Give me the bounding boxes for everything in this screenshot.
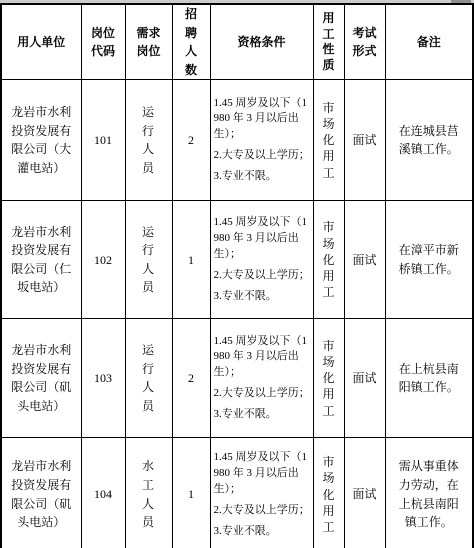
position-cell: 运行人员	[125, 80, 172, 201]
col-header-qualifications: 资格条件	[210, 4, 313, 80]
qualifications-cell: 1.45 周岁及以下（1980 年 3 月以后出生）； 2.大专及以上学历； 3…	[210, 438, 313, 548]
col-header-position-code: 岗位代码	[81, 4, 125, 80]
qualification-item: 3.专业不限。	[214, 289, 312, 305]
position-cell: 运行人员	[125, 319, 172, 438]
headcount-cell: 2	[172, 80, 210, 201]
employer-cell: 龙岩市水利投资发展有限公司（大灌电站）	[1, 80, 81, 201]
position-code-cell: 101	[81, 80, 125, 201]
qualification-item: 3.专业不限。	[214, 524, 312, 540]
exam-format-cell: 面试	[344, 319, 385, 438]
qualification-item: 1.45 周岁及以下（1980 年 3 月以后出生）；	[214, 450, 312, 498]
table-row: 龙岩市水利投资发展有限公司（矶头电站） 104 水工人员 1 1.45 周岁及以…	[1, 438, 473, 548]
exam-format-cell: 面试	[344, 438, 385, 548]
position-code-cell: 104	[81, 438, 125, 548]
qualifications-cell: 1.45 周岁及以下（1980 年 3 月以后出生）； 2.大专及以上学历； 3…	[210, 319, 313, 438]
remarks-cell: 需从事重体力劳动，在上杭县南阳镇工作。	[385, 438, 473, 548]
table-row: 龙岩市水利投资发展有限公司（仁坂电站） 102 运行人员 1 1.45 周岁及以…	[1, 201, 473, 319]
recruitment-table: 用人单位 岗位代码 需求岗位 招聘人数 资格条件 用工性质 考试形式 备注 龙岩…	[0, 3, 474, 548]
headcount-cell: 2	[172, 319, 210, 438]
qualification-item: 2.大专及以上学历；	[214, 268, 312, 284]
scrollbar-thumb-fragment[interactable]	[451, 0, 471, 3]
col-header-employer: 用人单位	[1, 4, 81, 80]
headcount-cell: 1	[172, 201, 210, 319]
table-header-row: 用人单位 岗位代码 需求岗位 招聘人数 资格条件 用工性质 考试形式 备注	[1, 4, 473, 80]
table-row: 龙岩市水利投资发展有限公司（大灌电站） 101 运行人员 2 1.45 周岁及以…	[1, 80, 473, 201]
remarks-cell: 在漳平市新桥镇工作。	[385, 201, 473, 319]
employment-type-cell: 市场化用工	[313, 80, 344, 201]
table-row: 龙岩市水利投资发展有限公司（矶头电站） 103 运行人员 2 1.45 周岁及以…	[1, 319, 473, 438]
qualifications-cell: 1.45 周岁及以下（1980 年 3 月以后出生）； 2.大专及以上学历； 3…	[210, 201, 313, 319]
employment-type-cell: 市场化用工	[313, 438, 344, 548]
qualification-item: 3.专业不限。	[214, 407, 312, 423]
col-header-remarks: 备注	[385, 4, 473, 80]
position-cell: 水工人员	[125, 438, 172, 548]
headcount-cell: 1	[172, 438, 210, 548]
remarks-cell: 在上杭县南阳镇工作。	[385, 319, 473, 438]
qualification-item: 3.专业不限。	[214, 169, 312, 185]
qualification-item: 1.45 周岁及以下（1980 年 3 月以后出生）；	[214, 215, 312, 263]
position-cell: 运行人员	[125, 201, 172, 319]
employment-type-cell: 市场化用工	[313, 319, 344, 438]
employer-cell: 龙岩市水利投资发展有限公司（矶头电站）	[1, 319, 81, 438]
qualification-item: 2.大专及以上学历；	[214, 148, 312, 164]
qualification-item: 1.45 周岁及以下（1980 年 3 月以后出生）；	[214, 96, 312, 144]
qualifications-cell: 1.45 周岁及以下（1980 年 3 月以后出生）； 2.大专及以上学历； 3…	[210, 80, 313, 201]
position-code-cell: 102	[81, 201, 125, 319]
col-header-position: 需求岗位	[125, 4, 172, 80]
employer-cell: 龙岩市水利投资发展有限公司（仁坂电站）	[1, 201, 81, 319]
qualification-item: 2.大专及以上学历；	[214, 386, 312, 402]
employer-cell: 龙岩市水利投资发展有限公司（矶头电站）	[1, 438, 81, 548]
top-edge-strip	[0, 0, 474, 3]
position-code-cell: 103	[81, 319, 125, 438]
col-header-headcount: 招聘人数	[172, 4, 210, 80]
col-header-employment-type: 用工性质	[313, 4, 344, 80]
qualification-item: 1.45 周岁及以下（1980 年 3 月以后出生）；	[214, 334, 312, 382]
col-header-exam-format: 考试形式	[344, 4, 385, 80]
remarks-cell: 在连城县莒溪镇工作。	[385, 80, 473, 201]
exam-format-cell: 面试	[344, 80, 385, 201]
qualification-item: 2.大专及以上学历；	[214, 503, 312, 519]
employment-type-cell: 市场化用工	[313, 201, 344, 319]
exam-format-cell: 面试	[344, 201, 385, 319]
